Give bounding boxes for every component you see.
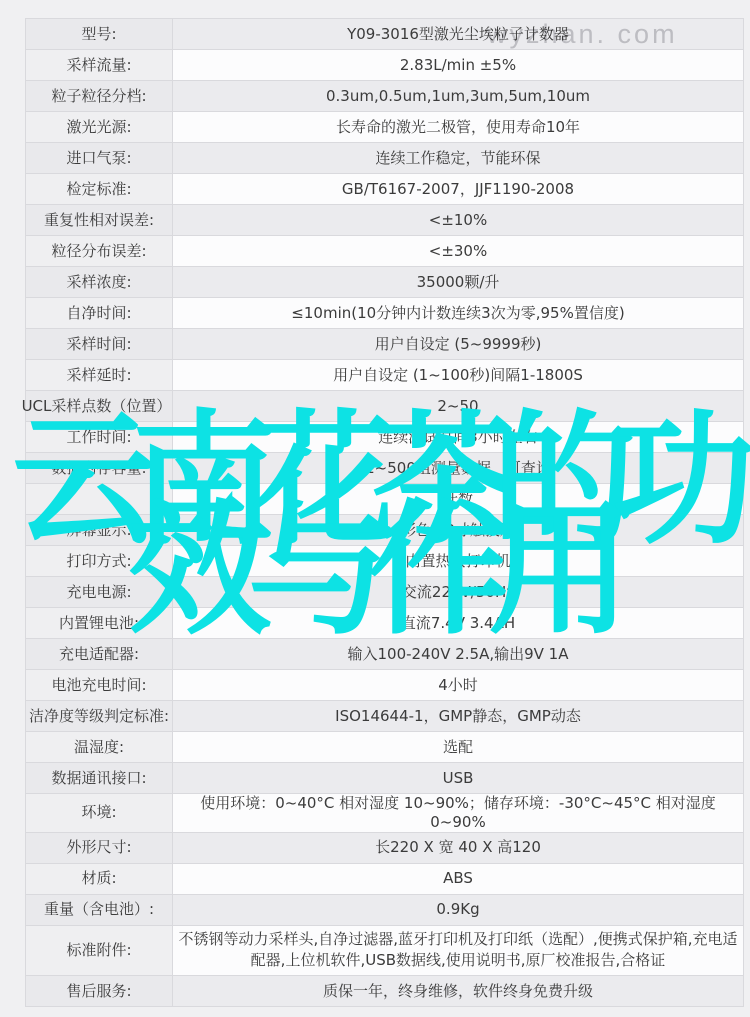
spec-label: 型号: [26, 19, 173, 49]
spec-table-row: 采样浓度: 35000颗/升 [26, 267, 743, 298]
spec-table-row: UCL采样点数（位置）: 2~50 [26, 391, 743, 422]
spec-label [26, 484, 173, 514]
spec-value: ABS [173, 864, 743, 894]
spec-label: 环境: [26, 794, 173, 832]
spec-value: 长220 X 宽 40 X 高120 [173, 833, 743, 863]
spec-value: 2~50 [173, 391, 743, 421]
spec-label: 外形尺寸: [26, 833, 173, 863]
spec-table-row: 标准附件: 不锈钢等动力采样头,自净过滤器,蓝牙打印机及打印纸（选配）,便携式保… [26, 926, 743, 977]
spec-value: 长寿命的激光二极管，使用寿命10年 [173, 112, 743, 142]
spec-label: 采样浓度: [26, 267, 173, 297]
spec-label: 进口气泵: [26, 143, 173, 173]
spec-label: 工作时间: [26, 422, 173, 452]
spec-table-row: 采样流量: 2.83L/min ±5% [26, 50, 743, 81]
spec-table-row: 工作时间: 连续测试时间3小时左右 [26, 422, 743, 453]
spec-value: 用户自设定 (5~9999秒) [173, 329, 743, 359]
site-watermark: wyzhan. com [487, 19, 678, 50]
spec-label: 充电适配器: [26, 639, 173, 669]
spec-table-row: 内置锂电池: 直流7.4V 3.4AH [26, 608, 743, 639]
spec-label: 自净时间: [26, 298, 173, 328]
spec-value: 0.9Kg [173, 895, 743, 925]
spec-label: 采样延时: [26, 360, 173, 390]
spec-label: 材质: [26, 864, 173, 894]
spec-table-row: 洁净度等级判定标准: ISO14644-1，GMP静态，GMP动态 [26, 701, 743, 732]
spec-label: 采样时间: [26, 329, 173, 359]
spec-value: 1~500组测量数据，可查询 [173, 453, 743, 483]
spec-value: <±10% [173, 205, 743, 235]
spec-label: 标准附件: [26, 926, 173, 976]
spec-table-row: 外形尺寸: 长220 X 宽 40 X 高120 [26, 833, 743, 864]
spec-value: 质保一年，终身维修，软件终身免费升级 [173, 976, 743, 1006]
spec-value: GB/T6167-2007，JJF1190-2008 [173, 174, 743, 204]
spec-value: 4小时 [173, 670, 743, 700]
spec-label: 洁净度等级判定标准: [26, 701, 173, 731]
spec-label: 粒径分布误差: [26, 236, 173, 266]
spec-table-row: 重量（含电池）: 0.9Kg [26, 895, 743, 926]
spec-table-row: 材质: ABS [26, 864, 743, 895]
spec-label: 售后服务: [26, 976, 173, 1006]
spec-table-row: 数据通讯接口: USB [26, 763, 743, 794]
spec-label: 激光光源: [26, 112, 173, 142]
spec-label: 检定标准: [26, 174, 173, 204]
spec-value: 直流7.4V 3.4AH [173, 608, 743, 638]
spec-value: 连续工作稳定，节能环保 [173, 143, 743, 173]
spec-value: 交流220V/50Hz [173, 577, 743, 607]
spec-table-row: 粒径分布误差: <±30% [26, 236, 743, 267]
spec-label: 充电电源: [26, 577, 173, 607]
spec-table-row: 电池充电时间: 4小时 [26, 670, 743, 701]
spec-value: 连续测试时间3小时左右 [173, 422, 743, 452]
spec-table-row: 数据内存容量: 1~500组测量数据，可查询 [26, 453, 743, 484]
spec-table-row: 粒子粒径分档: 0.3um,0.5um,1um,3um,5um,10um [26, 81, 743, 112]
spec-table-row: 温湿度: 选配 [26, 732, 743, 763]
spec-table-row: 采样延时: 用户自设定 (1~100秒)间隔1-1800S [26, 360, 743, 391]
spec-value: ISO14644-1，GMP静态，GMP动态 [173, 701, 743, 731]
spec-table-row: 采样时间: 用户自设定 (5~9999秒) [26, 329, 743, 360]
spec-label: 粒子粒径分档: [26, 81, 173, 111]
spec-value: 2.83L/min ±5% [173, 50, 743, 80]
spec-table-row: 自净时间: ≤10min(10分钟内计数连续3次为零,95%置信度) [26, 298, 743, 329]
spec-label: 采样流量: [26, 50, 173, 80]
spec-label: 电池充电时间: [26, 670, 173, 700]
spec-label: 温湿度: [26, 732, 173, 762]
spec-table-row: 检定标准: GB/T6167-2007，JJF1190-2008 [26, 174, 743, 205]
spec-value: ≤10min(10分钟内计数连续3次为零,95%置信度) [173, 298, 743, 328]
spec-value: 内置热敏打印机 [173, 546, 743, 576]
spec-table-row: 计数 [26, 484, 743, 515]
spec-value: 输入100-240V 2.5A,输出9V 1A [173, 639, 743, 669]
spec-value: <±30% [173, 236, 743, 266]
spec-value: 用户自设定 (1~100秒)间隔1-1800S [173, 360, 743, 390]
spec-label: 重复性相对误差: [26, 205, 173, 235]
spec-label: UCL采样点数（位置）: [26, 391, 173, 421]
spec-table-row: 充电适配器: 输入100-240V 2.5A,输出9V 1A [26, 639, 743, 670]
spec-table-row: 环境: 使用环境：0~40°C 相对湿度 10~90%；储存环境：-30°C~4… [26, 794, 743, 833]
spec-value: 0.3um,0.5um,1um,3um,5um,10um [173, 81, 743, 111]
spec-value: 35000颗/升 [173, 267, 743, 297]
spec-table-row: 充电电源: 交流220V/50Hz [26, 577, 743, 608]
spec-table-row: 打印方式: 内置热敏打印机 [26, 546, 743, 577]
spec-value: 使用环境：0~40°C 相对湿度 10~90%；储存环境：-30°C~45°C … [173, 794, 743, 832]
spec-value: 选配 [173, 732, 743, 762]
spec-label: 数据内存容量: [26, 453, 173, 483]
spec-label: 重量（含电池）: [26, 895, 173, 925]
spec-table-row: 重复性相对误差: <±10% [26, 205, 743, 236]
spec-value: USB [173, 763, 743, 793]
spec-value: 计数 [173, 484, 743, 514]
spec-table: 型号: Y09-3016型激光尘埃粒子计数器 采样流量: 2.83L/min ±… [25, 18, 744, 1007]
spec-label: 屏幕显示: [26, 515, 173, 545]
spec-value: 不锈钢等动力采样头,自净过滤器,蓝牙打印机及打印纸（选配）,便携式保护箱,充电适… [173, 926, 743, 976]
spec-label: 数据通讯接口: [26, 763, 173, 793]
spec-table-row: 激光光源: 长寿命的激光二极管，使用寿命10年 [26, 112, 743, 143]
spec-label: 打印方式: [26, 546, 173, 576]
spec-table-row: 售后服务: 质保一年，终身维修，软件终身免费升级 [26, 976, 743, 1007]
spec-value: 彩色4.3寸触摸屏 [173, 515, 743, 545]
spec-table-row: 屏幕显示: 彩色4.3寸触摸屏 [26, 515, 743, 546]
spec-label: 内置锂电池: [26, 608, 173, 638]
spec-table-row: 进口气泵: 连续工作稳定，节能环保 [26, 143, 743, 174]
